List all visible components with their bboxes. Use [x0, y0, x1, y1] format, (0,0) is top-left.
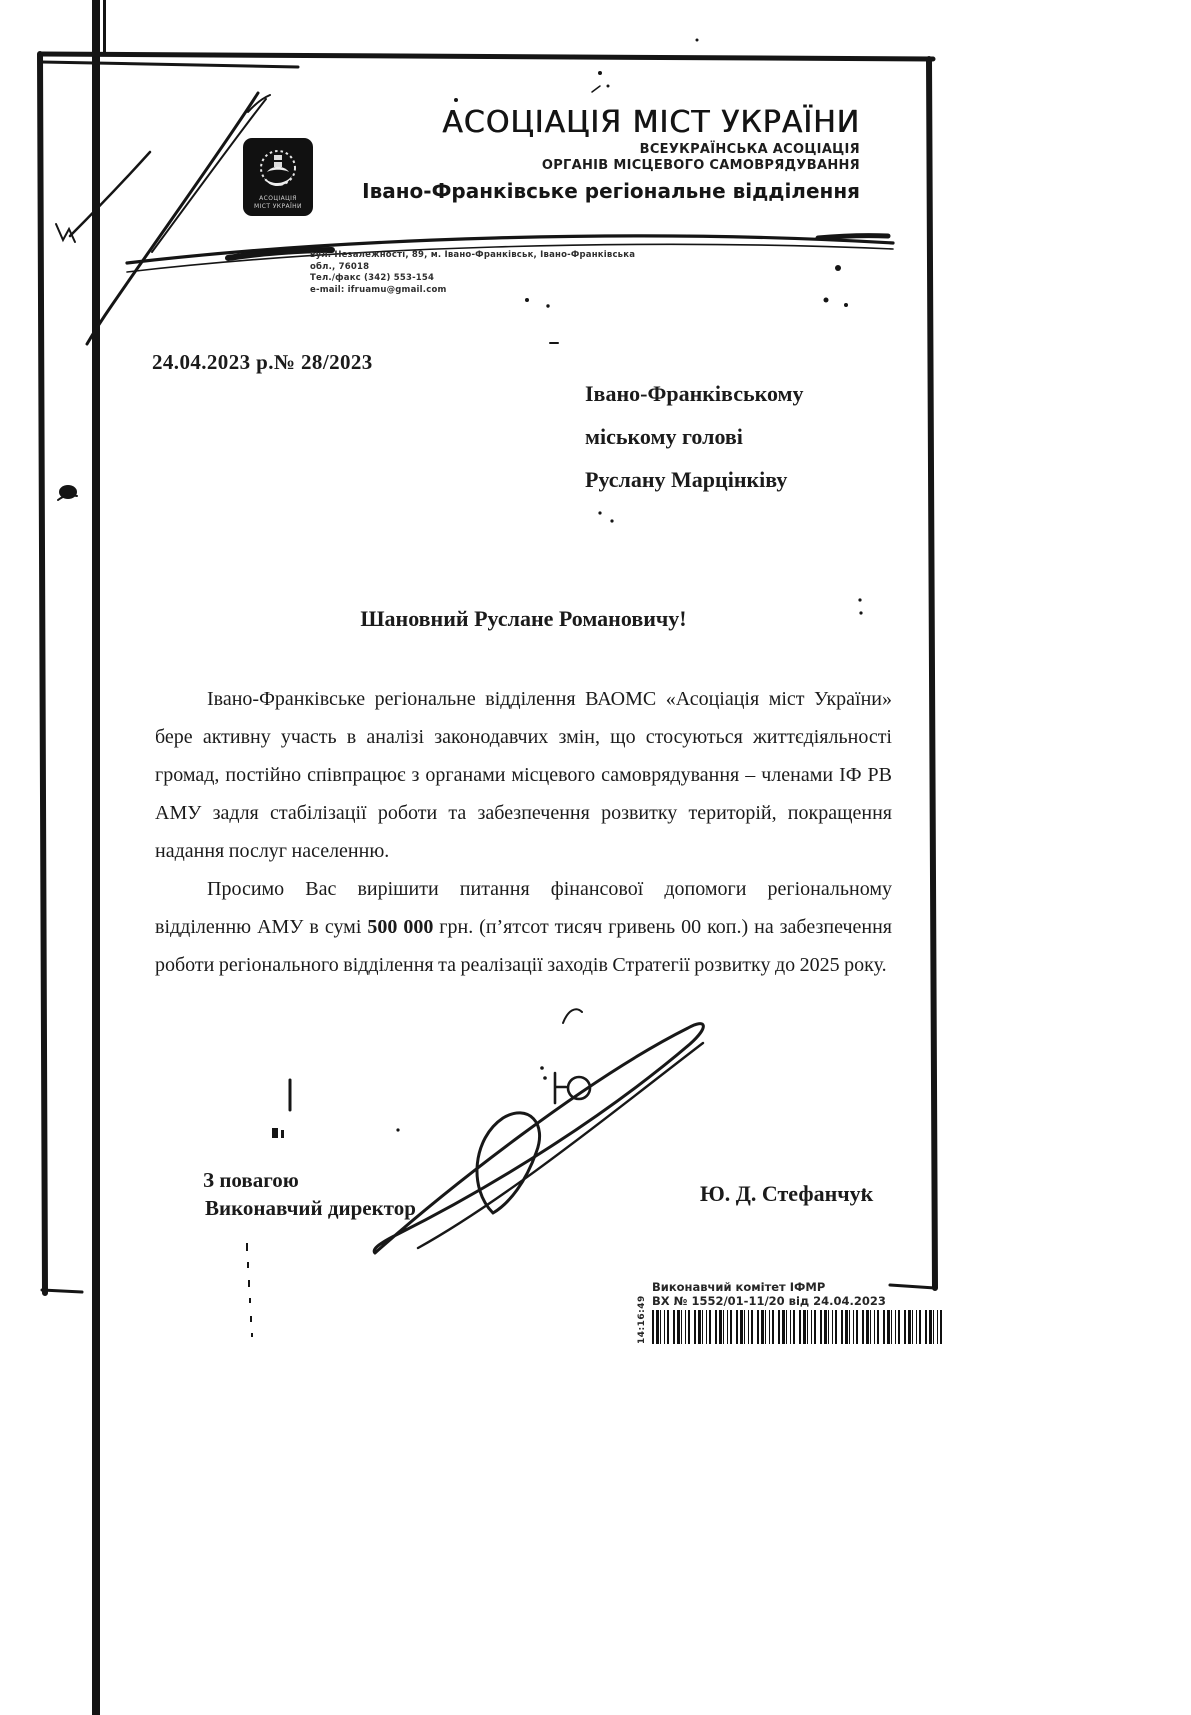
stamp-barcode	[652, 1310, 944, 1344]
recipient-line2: міському голові	[585, 415, 875, 458]
branch-name: Івано-Франківське регіональне відділення	[300, 178, 860, 204]
handwritten-signature	[358, 998, 728, 1268]
email-line: e-mail: ifruamu@gmail.com	[310, 285, 640, 297]
address-line: вул. Незалежності, 89, м. Івано-Франківс…	[310, 250, 640, 273]
org-subtitle-line2: ОРГАНІВ МІСЦЕВОГО САМОВРЯДУВАННЯ	[300, 158, 860, 174]
salutation: Шановний Руслане Романовичу!	[155, 606, 892, 632]
stamp-reg-number: ВХ № 1552/01-11/20 від 24.04.2023	[652, 1294, 952, 1308]
closing-line: З повагою	[203, 1168, 299, 1193]
reference-date-number: 24.04.2023 р.№ 28/2023	[152, 350, 373, 375]
letterhead: АСОЦІАЦІЯ МІСТ УКРАЇНИ ВСЕУКРАЇНСЬКА АСО…	[300, 104, 860, 204]
stamp-committee: Виконавчий комітет ІФМР	[652, 1280, 952, 1294]
copier-streak	[92, 0, 100, 1715]
org-name: АСОЦІАЦІЯ МІСТ УКРАЇНИ	[300, 104, 860, 142]
address-block: вул. Незалежності, 89, м. Івано-Франківс…	[310, 250, 640, 296]
scanned-letter-page: АСОЦІАЦІЯ МІСТ УКРАЇНИ АСОЦІАЦІЯ МІСТ УК…	[0, 0, 1191, 1715]
recipient-block: Івано-Франківському міському голові Русл…	[585, 372, 875, 501]
recipient-line1: Івано-Франківському	[585, 372, 875, 415]
stamp-time: 14:16:49	[637, 1295, 647, 1344]
registration-stamp: Виконавчий комітет ІФМР ВХ № 1552/01-11/…	[652, 1280, 952, 1344]
org-subtitle-line1: ВСЕУКРАЇНСЬКА АСОЦІАЦІЯ	[300, 142, 860, 158]
paragraph-1: Івано-Франківське регіональне відділення…	[155, 680, 892, 870]
letter-body: Івано-Франківське регіональне відділення…	[155, 680, 892, 984]
recipient-line3: Руслану Марцінківу	[585, 458, 875, 501]
phone-line: Тел./факс (342) 553-154	[310, 273, 640, 285]
logo-caption-line2: МІСТ УКРАЇНИ	[243, 203, 313, 210]
paragraph-2: Просимо Вас вирішити питання фінансової …	[155, 870, 892, 984]
amount-value: 500 000	[367, 916, 433, 938]
